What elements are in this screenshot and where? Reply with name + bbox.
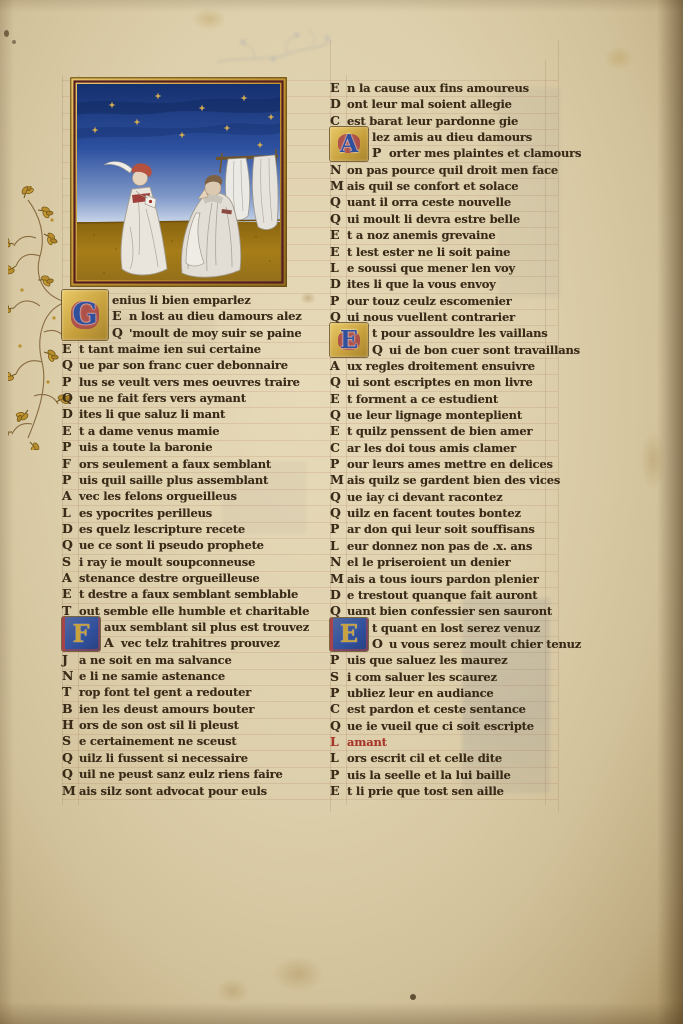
verse-line: En lost au dieu damours alez bbox=[112, 308, 302, 324]
versal-capital: E bbox=[330, 391, 347, 407]
versal-capital: F bbox=[62, 456, 79, 472]
ruling-line bbox=[62, 799, 558, 800]
versal-capital: E bbox=[62, 586, 79, 602]
verse-text: 'moult de moy suir se paine bbox=[129, 326, 302, 340]
verse-text: ue par son franc cuer debonnaire bbox=[79, 358, 288, 372]
versal-capital: N bbox=[330, 162, 347, 178]
verse-line: Si com saluer les scaurez bbox=[330, 669, 497, 685]
illuminated-initial-a: A bbox=[330, 127, 368, 161]
versal-capital: S bbox=[330, 669, 347, 685]
versal-capital: D bbox=[62, 406, 79, 422]
versal-capital: L bbox=[62, 505, 79, 521]
miniature-painting bbox=[70, 77, 287, 287]
verse-line: Que leur lignage monteplient bbox=[330, 407, 522, 423]
verse-text: t pour assouldre les vaillans bbox=[372, 326, 548, 340]
verse-text: vec telz trahitres prouvez bbox=[121, 636, 280, 650]
versal-capital: P bbox=[330, 521, 347, 537]
verse-text: e soussi que mener len voy bbox=[347, 261, 515, 275]
verse-line: Puis a toute la baronie bbox=[62, 439, 212, 455]
verse-line: Dont leur mal soient allegie bbox=[330, 96, 512, 112]
verse-text: e trestout quanque fait auront bbox=[347, 588, 537, 602]
versal-capital: L bbox=[330, 750, 347, 766]
versal-capital: P bbox=[62, 472, 79, 488]
verse-line: Que par son franc cuer debonnaire bbox=[62, 357, 288, 373]
verse-text: ue iay ci devant racontez bbox=[347, 490, 502, 504]
initial-letter: F bbox=[72, 622, 89, 646]
verse-line: En la cause aux fins amoureus bbox=[330, 80, 529, 96]
versal-capital: Q bbox=[62, 750, 79, 766]
illuminated-initial-e: E bbox=[330, 323, 368, 357]
versal-capital: P bbox=[62, 374, 79, 390]
versal-capital: P bbox=[330, 456, 347, 472]
verse-line: Quant bien confessier sen sauront bbox=[330, 603, 552, 619]
versal-capital: E bbox=[330, 244, 347, 260]
verse-text: uis que saluez les maurez bbox=[347, 653, 508, 667]
verse-line: Mais silz sont advocat pour euls bbox=[62, 783, 267, 799]
versal-capital: Q bbox=[62, 357, 79, 373]
verse-text: ais silz sont advocat pour euls bbox=[79, 784, 267, 798]
verse-text: e certainement ne sceust bbox=[79, 734, 237, 748]
initial-letter: G bbox=[72, 300, 98, 330]
verse-text: uis a toute la baronie bbox=[79, 440, 212, 454]
verse-line: t quant en lost serez venuz bbox=[372, 620, 540, 636]
illuminated-initial-g: G bbox=[62, 290, 108, 340]
parchment-stain bbox=[272, 956, 324, 992]
verse-line: Si ray ie moult soupconneuse bbox=[62, 554, 255, 570]
verse-line: Ou vous serez moult chier tenuz bbox=[372, 636, 581, 652]
verse-line: lez amis au dieu damours bbox=[372, 129, 532, 145]
verse-line: Aux regles droitement ensuivre bbox=[330, 358, 535, 374]
verse-line: Quil ne peust sanz eulz riens faire bbox=[62, 766, 283, 782]
verse-text: t a dame venus mamie bbox=[79, 424, 219, 438]
versal-capital: E bbox=[330, 423, 347, 439]
verse-line: Quilz en facent toutes bontez bbox=[330, 505, 521, 521]
verse-line: Et forment a ce estudient bbox=[330, 391, 498, 407]
ochre-ground bbox=[77, 220, 280, 280]
versal-capital: S bbox=[62, 554, 79, 570]
versal-capital: Q bbox=[372, 342, 389, 358]
versal-capital: P bbox=[330, 652, 347, 668]
verse-text: t a noz anemis grevaine bbox=[347, 228, 495, 242]
verse-text: ont leur mal soient allegie bbox=[347, 97, 512, 111]
verse-text: es quelz lescripture recete bbox=[79, 522, 245, 536]
versal-capital: D bbox=[330, 96, 347, 112]
verse-text: uis la seelle et la lui baille bbox=[347, 768, 511, 782]
verse-line: aux semblant sil plus est trouvez bbox=[104, 619, 309, 635]
verse-text: ue leur lignage monteplient bbox=[347, 408, 522, 422]
parchment-stain bbox=[604, 46, 634, 70]
verse-text: uilz li fussent si necessaire bbox=[79, 751, 248, 765]
verse-text: ue ie vueil que ci soit escripte bbox=[347, 719, 534, 733]
verse-text: est barat leur pardonne gie bbox=[347, 114, 518, 128]
verse-text: ais quil se confort et solace bbox=[347, 179, 518, 193]
versal-capital: N bbox=[62, 668, 79, 684]
verse-line: Dites li que saluz li mant bbox=[62, 406, 225, 422]
verse-line: Et li prie que tost sen aille bbox=[330, 783, 504, 799]
verse-text: ar les doi tous amis clamer bbox=[347, 441, 516, 455]
verse-text: ites li que saluz li mant bbox=[79, 407, 225, 421]
verse-text: u vous serez moult chier tenuz bbox=[389, 637, 581, 651]
verse-text: t quant en lost serez venuz bbox=[372, 621, 540, 635]
verse-line: Le soussi que mener len voy bbox=[330, 260, 515, 276]
versal-capital: E bbox=[62, 423, 79, 439]
verse-text: ors seulement a faux semblant bbox=[79, 457, 271, 471]
verse-text: aux semblant sil plus est trouvez bbox=[104, 620, 309, 634]
versal-capital: Q bbox=[62, 537, 79, 553]
verse-text: ux regles droitement ensuivre bbox=[347, 359, 535, 373]
verse-line: Pour leurs ames mettre en delices bbox=[330, 456, 553, 472]
versal-capital: L bbox=[330, 538, 347, 554]
verse-line: Non pas pource quil droit men face bbox=[330, 162, 558, 178]
verse-text: rop font tel gent a redouter bbox=[79, 685, 251, 699]
versal-capital: T bbox=[62, 684, 79, 700]
verse-text: uant il orra ceste nouvelle bbox=[347, 195, 511, 209]
verse-line: Astenance destre orgueilleuse bbox=[62, 570, 260, 586]
versal-capital: M bbox=[330, 178, 347, 194]
verse-line: Que ne fait fers vers aymant bbox=[62, 390, 246, 406]
verse-text: ien les deust amours bouter bbox=[79, 702, 254, 716]
verse-text: ors escrit cil et celle dite bbox=[347, 751, 502, 765]
versal-capital: J bbox=[62, 652, 79, 668]
verse-text: t destre a faux semblant semblable bbox=[79, 587, 298, 601]
verse-text: ites li que la vous envoy bbox=[347, 277, 496, 291]
verse-text: n lost au dieu damours alez bbox=[129, 309, 302, 323]
verse-line: Que ce sont li pseudo prophete bbox=[62, 537, 264, 553]
versal-capital: A bbox=[330, 358, 347, 374]
versal-capital: E bbox=[330, 80, 347, 96]
versal-capital: Q bbox=[330, 718, 347, 734]
verse-text: t quilz penssent de bien amer bbox=[347, 424, 532, 438]
verse-text: out semble elle humble et charitable bbox=[79, 604, 309, 618]
verse-text: ar don qui leur soit souffisans bbox=[347, 522, 535, 536]
verse-text: on pas pource quil droit men face bbox=[347, 163, 558, 177]
versal-capital: E bbox=[112, 308, 129, 324]
verse-line: Et lest ester ne li soit paine bbox=[330, 244, 510, 260]
verse-line: Et a noz anemis grevaine bbox=[330, 227, 495, 243]
versal-capital: E bbox=[62, 341, 79, 357]
verse-line: Avec telz trahitres prouvez bbox=[104, 635, 280, 651]
initial-letter: E bbox=[340, 328, 358, 352]
parchment-stain bbox=[640, 430, 666, 490]
verse-line: Et destre a faux semblant semblable bbox=[62, 586, 298, 602]
rubric-line: Lamant bbox=[330, 734, 387, 750]
verse-line: Et a dame venus mamie bbox=[62, 423, 219, 439]
verse-line: Puis quil saille plus assemblant bbox=[62, 472, 268, 488]
verse-text: el le priseroient un denier bbox=[347, 555, 511, 569]
verse-text: es ypocrites perilleus bbox=[79, 506, 212, 520]
verse-line: Avec les felons orgueilleus bbox=[62, 488, 237, 504]
verse-text: t li prie que tost sen aille bbox=[347, 784, 504, 798]
verse-line: Trop font tel gent a redouter bbox=[62, 684, 251, 700]
verse-line: Plus se veult vers mes oeuvres traire bbox=[62, 374, 300, 390]
versal-capital: Q bbox=[112, 325, 129, 341]
verse-text: our leurs ames mettre en delices bbox=[347, 457, 553, 471]
verse-line: Se certainement ne sceust bbox=[62, 733, 237, 749]
verse-line: Que iay ci devant racontez bbox=[330, 489, 502, 505]
verse-line: Que ie vueil que ci soit escripte bbox=[330, 718, 534, 734]
parchment-stain bbox=[216, 978, 250, 1004]
verse-text: n la cause aux fins amoureus bbox=[347, 81, 529, 95]
verse-text: e li ne samie astenance bbox=[79, 669, 225, 683]
verse-line: Publiez leur en audiance bbox=[330, 685, 494, 701]
verse-line: Quant il orra ceste nouvelle bbox=[330, 194, 511, 210]
versal-capital: L bbox=[330, 734, 347, 750]
verse-text: stenance destre orgueilleuse bbox=[79, 571, 260, 585]
verse-line: Leur donnez non pas de .x. ans bbox=[330, 538, 532, 554]
versal-capital: D bbox=[330, 276, 347, 292]
versal-capital: S bbox=[62, 733, 79, 749]
verse-line: Les ypocrites perilleus bbox=[62, 505, 212, 521]
show-through-stain bbox=[213, 26, 335, 74]
verse-line: Hors de son ost sil li pleust bbox=[62, 717, 239, 733]
versal-capital: C bbox=[330, 701, 347, 717]
verse-line: Pour touz ceulz escomenier bbox=[330, 293, 512, 309]
versal-capital: M bbox=[330, 571, 347, 587]
verse-line: Nel le priseroient un denier bbox=[330, 554, 511, 570]
verse-text: uilz en facent toutes bontez bbox=[347, 506, 521, 520]
initial-letter: E bbox=[340, 622, 358, 646]
verse-line: Des quelz lescripture recete bbox=[62, 521, 245, 537]
versal-capital: Q bbox=[330, 505, 347, 521]
verse-line: Quilz li fussent si necessaire bbox=[62, 750, 248, 766]
verse-line: Et tant maime ien sui certaine bbox=[62, 341, 261, 357]
verse-line: Qui de bon cuer sont travaillans bbox=[372, 342, 580, 358]
versal-capital: D bbox=[62, 521, 79, 537]
verse-line: Par don qui leur soit souffisans bbox=[330, 521, 535, 537]
verse-line: Et quilz penssent de bien amer bbox=[330, 423, 532, 439]
verse-text: ui de bon cuer sont travaillans bbox=[389, 343, 580, 357]
verse-text: t lest ester ne li soit paine bbox=[347, 245, 510, 259]
verse-line: t pour assouldre les vaillans bbox=[372, 325, 548, 341]
verse-line: Tout semble elle humble et charitable bbox=[62, 603, 309, 619]
verse-line: Cest pardon et ceste sentance bbox=[330, 701, 526, 717]
verse-line: Dites li que la vous envoy bbox=[330, 276, 496, 292]
verse-line: Mais quil se confort et solace bbox=[330, 178, 518, 194]
versal-capital: A bbox=[62, 570, 79, 586]
versal-capital: D bbox=[330, 587, 347, 603]
verse-line: Fors seulement a faux semblant bbox=[62, 456, 271, 472]
verse-line: De trestout quanque fait auront bbox=[330, 587, 537, 603]
parchment-stain bbox=[300, 292, 316, 304]
versal-capital: P bbox=[330, 767, 347, 783]
verse-text: ais quilz se gardent bien des vices bbox=[347, 473, 560, 487]
verse-text: vec les felons orgueilleus bbox=[79, 489, 237, 503]
verse-text: ors de son ost sil li pleust bbox=[79, 718, 239, 732]
verse-text: uant bien confessier sen sauront bbox=[347, 604, 552, 618]
verse-text: lus se veult vers mes oeuvres traire bbox=[79, 375, 300, 389]
parchment-stain bbox=[192, 8, 226, 30]
versal-capital: Q bbox=[330, 489, 347, 505]
verse-text: ubliez leur en audiance bbox=[347, 686, 494, 700]
parchment-stain bbox=[12, 40, 16, 44]
verse-text: ui moult li devra estre belle bbox=[347, 212, 520, 226]
versal-capital: Q bbox=[62, 766, 79, 782]
verse-text: i ray ie moult soupconneuse bbox=[79, 555, 255, 569]
versal-capital: L bbox=[330, 260, 347, 276]
verse-text: enius li bien emparlez bbox=[112, 293, 251, 307]
versal-capital: N bbox=[330, 554, 347, 570]
verse-line: Mais quilz se gardent bien des vices bbox=[330, 472, 560, 488]
versal-capital: Q bbox=[330, 407, 347, 423]
verse-text: a ne soit en ma salvance bbox=[79, 653, 232, 667]
versal-capital: B bbox=[62, 701, 79, 717]
verse-line: Qui moult li devra estre belle bbox=[330, 211, 520, 227]
versal-capital: E bbox=[330, 227, 347, 243]
verse-text: ui sont escriptes en mon livre bbox=[347, 375, 533, 389]
verse-text: eur donnez non pas de .x. ans bbox=[347, 539, 532, 553]
verse-line: Mais a tous iours pardon plenier bbox=[330, 571, 539, 587]
versal-capital: E bbox=[330, 783, 347, 799]
verse-text: ue ce sont li pseudo prophete bbox=[79, 538, 264, 552]
verse-text: t forment a ce estudient bbox=[347, 392, 498, 406]
verse-text: uil ne peust sanz eulz riens faire bbox=[79, 767, 283, 781]
versal-capital: Q bbox=[330, 194, 347, 210]
verse-line: Q'moult de moy suir se paine bbox=[112, 325, 302, 341]
versal-capital: Q bbox=[330, 603, 347, 619]
versal-capital: M bbox=[62, 783, 79, 799]
versal-capital: P bbox=[62, 439, 79, 455]
verse-line: Car les doi tous amis clamer bbox=[330, 440, 516, 456]
versal-capital: Q bbox=[62, 390, 79, 406]
verse-text: est pardon et ceste sentance bbox=[347, 702, 526, 716]
versal-capital: A bbox=[104, 635, 121, 651]
verse-text: orter mes plaintes et clamours bbox=[389, 146, 581, 160]
verse-text: ais a tous iours pardon plenier bbox=[347, 572, 539, 586]
versal-capital: C bbox=[330, 440, 347, 456]
verse-line: Lors escrit cil et celle dite bbox=[330, 750, 502, 766]
versal-capital: M bbox=[330, 472, 347, 488]
verse-text: uis quil saille plus assemblant bbox=[79, 473, 268, 487]
verse-text: i com saluer les scaurez bbox=[347, 670, 497, 684]
initial-letter: A bbox=[340, 132, 359, 156]
verse-line: Puis que saluez les maurez bbox=[330, 652, 508, 668]
verse-text: ue ne fait fers vers aymant bbox=[79, 391, 246, 405]
parchment-stain bbox=[410, 994, 416, 1000]
verse-line: Ja ne soit en ma salvance bbox=[62, 652, 232, 668]
verse-line: Ne li ne samie astenance bbox=[62, 668, 225, 684]
illuminated-initial-e: E bbox=[330, 618, 368, 652]
versal-capital: P bbox=[330, 685, 347, 701]
verse-line: Bien les deust amours bouter bbox=[62, 701, 254, 717]
verse-text: amant bbox=[347, 735, 387, 749]
wax-seal bbox=[149, 200, 152, 203]
illuminated-initial-f: F bbox=[62, 617, 100, 651]
verse-text: ui nous vuellent contrarier bbox=[347, 310, 515, 324]
verse-text: our touz ceulz escomenier bbox=[347, 294, 512, 308]
verse-line: Puis la seelle et la lui baille bbox=[330, 767, 511, 783]
versal-capital: H bbox=[62, 717, 79, 733]
versal-capital: P bbox=[330, 293, 347, 309]
versal-capital: Q bbox=[330, 374, 347, 390]
verse-text: t tant maime ien sui certaine bbox=[79, 342, 261, 356]
versal-capital: A bbox=[62, 488, 79, 504]
verse-text: lez amis au dieu damours bbox=[372, 130, 532, 144]
versal-capital: Q bbox=[330, 211, 347, 227]
parchment-stain bbox=[4, 30, 9, 37]
verse-line: enius li bien emparlez bbox=[112, 292, 251, 308]
manuscript-page: enius li bien emparlezEn lost au dieu da… bbox=[0, 0, 683, 1024]
verse-line: Qui sont escriptes en mon livre bbox=[330, 374, 533, 390]
ivy-border-decoration bbox=[8, 186, 70, 450]
verse-line: Porter mes plaintes et clamours bbox=[372, 145, 581, 161]
versal-capital: O bbox=[372, 636, 389, 652]
versal-capital: P bbox=[372, 145, 389, 161]
